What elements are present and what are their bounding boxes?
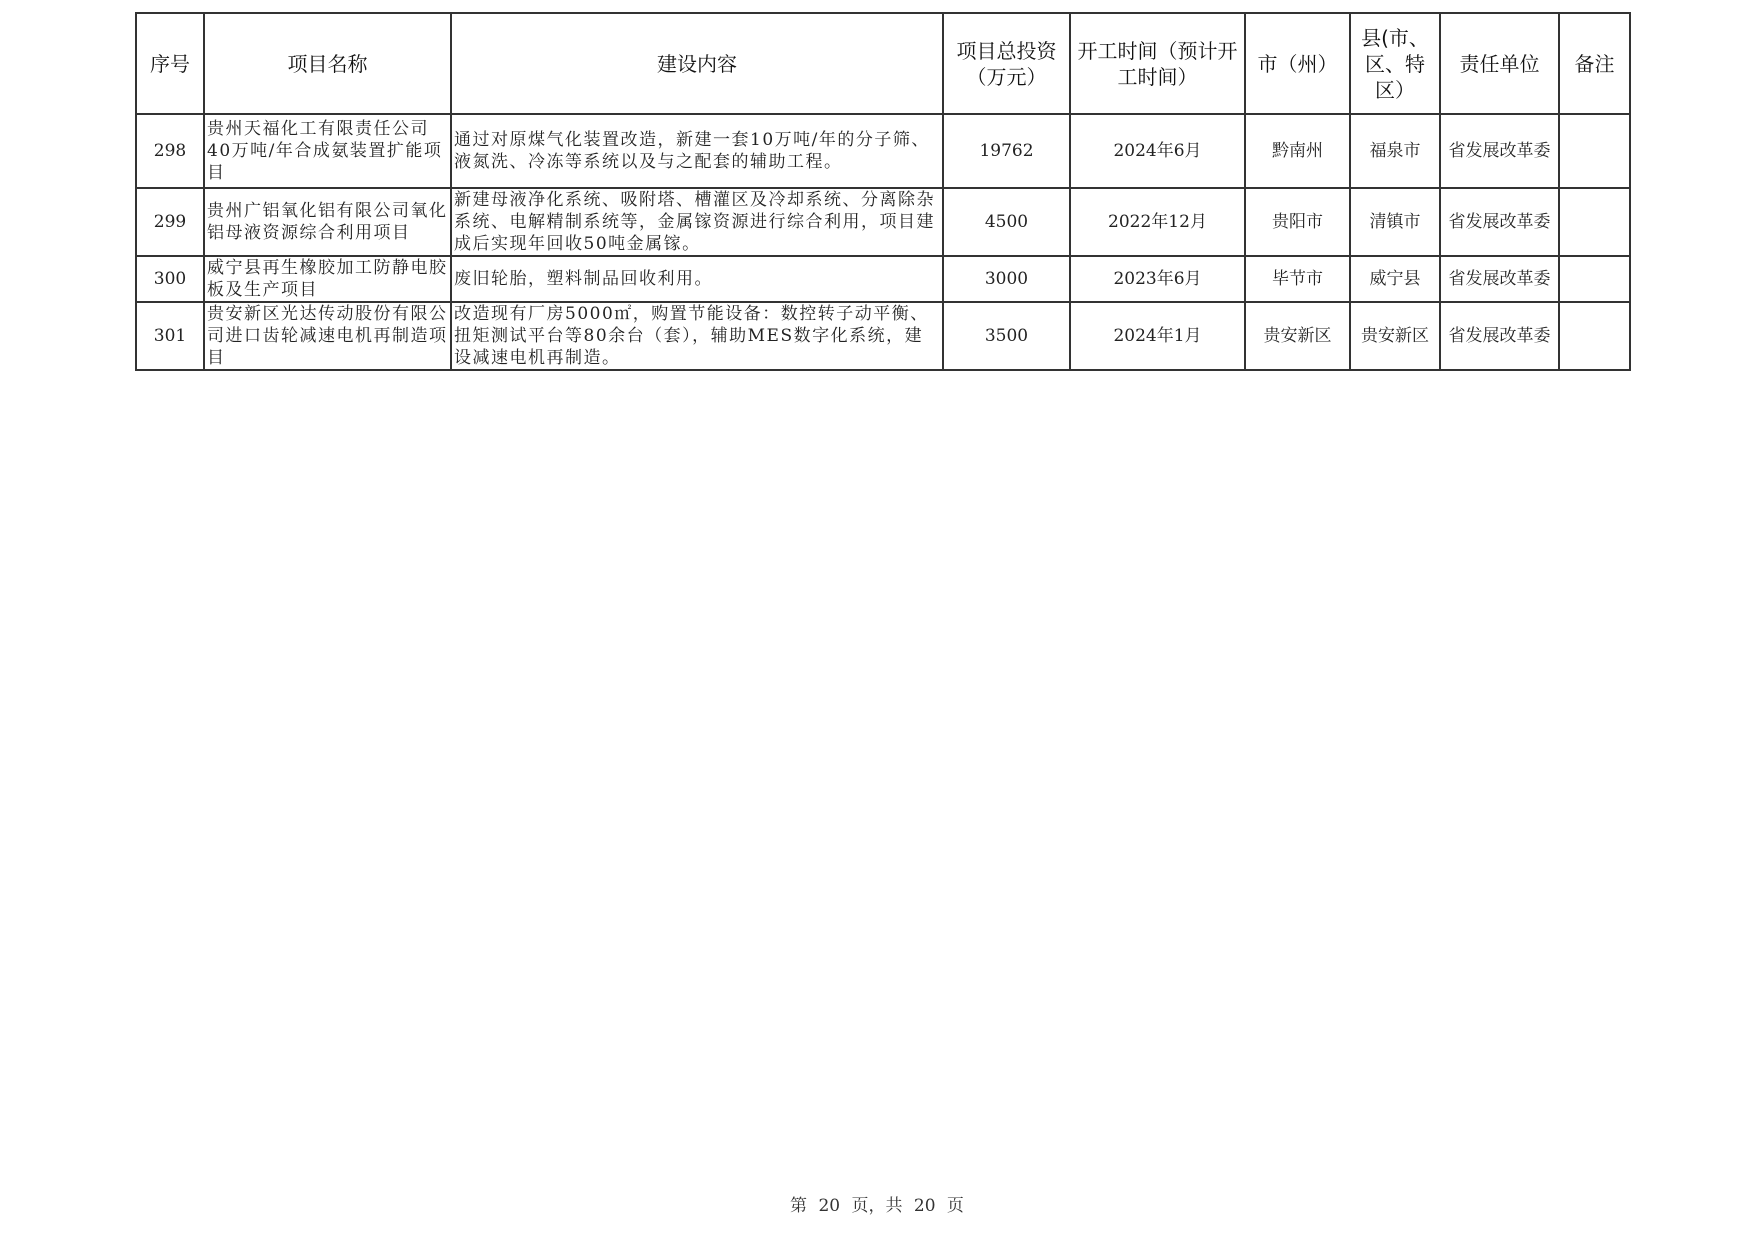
cell-index: 298 [136, 114, 204, 188]
cell-county: 福泉市 [1350, 114, 1440, 188]
cell-unit: 省发展改革委 [1440, 188, 1559, 256]
header-content: 建设内容 [451, 13, 943, 114]
header-start-time: 开工时间（预计开工时间） [1070, 13, 1245, 114]
page-number: 第 20 页，共 20 页 [0, 1191, 1754, 1216]
cell-start-time: 2022年12月 [1070, 188, 1245, 256]
cell-investment: 19762 [943, 114, 1070, 188]
header-unit: 责任单位 [1440, 13, 1559, 114]
project-table: 序号 项目名称 建设内容 项目总投资（万元） 开工时间（预计开工时间） 市（州）… [135, 12, 1631, 371]
table-row: 301 贵安新区光达传动股份有限公司进口齿轮减速电机再制造项目 改造现有厂房50… [136, 302, 1630, 370]
cell-city: 毕节市 [1245, 256, 1350, 302]
table-row: 298 贵州天福化工有限责任公司40万吨/年合成氨装置扩能项目 通过对原煤气化装… [136, 114, 1630, 188]
cell-remark [1559, 188, 1630, 256]
cell-start-time: 2023年6月 [1070, 256, 1245, 302]
cell-content: 通过对原煤气化装置改造，新建一套10万吨/年的分子筛、液氮洗、冷冻等系统以及与之… [451, 114, 943, 188]
cell-project-name: 贵安新区光达传动股份有限公司进口齿轮减速电机再制造项目 [204, 302, 451, 370]
cell-content: 新建母液净化系统、吸附塔、槽灌区及冷却系统、分离除杂系统、电解精制系统等，金属镓… [451, 188, 943, 256]
table-row: 300 威宁县再生橡胶加工防静电胶板及生产项目 废旧轮胎，塑料制品回收利用。 3… [136, 256, 1630, 302]
header-city: 市（州） [1245, 13, 1350, 114]
cell-index: 300 [136, 256, 204, 302]
cell-start-time: 2024年1月 [1070, 302, 1245, 370]
cell-county: 贵安新区 [1350, 302, 1440, 370]
cell-unit: 省发展改革委 [1440, 114, 1559, 188]
cell-county: 清镇市 [1350, 188, 1440, 256]
cell-start-time: 2024年6月 [1070, 114, 1245, 188]
cell-remark [1559, 256, 1630, 302]
cell-city: 黔南州 [1245, 114, 1350, 188]
header-remark: 备注 [1559, 13, 1630, 114]
cell-investment: 4500 [943, 188, 1070, 256]
cell-county: 威宁县 [1350, 256, 1440, 302]
cell-project-name: 贵州天福化工有限责任公司40万吨/年合成氨装置扩能项目 [204, 114, 451, 188]
cell-index: 299 [136, 188, 204, 256]
table-row: 299 贵州广铝氧化铝有限公司氧化铝母液资源综合利用项目 新建母液净化系统、吸附… [136, 188, 1630, 256]
cell-city: 贵阳市 [1245, 188, 1350, 256]
table-header-row: 序号 项目名称 建设内容 项目总投资（万元） 开工时间（预计开工时间） 市（州）… [136, 13, 1630, 114]
cell-content: 改造现有厂房5000㎡，购置节能设备：数控转子动平衡、扭矩测试平台等80余台（套… [451, 302, 943, 370]
cell-unit: 省发展改革委 [1440, 302, 1559, 370]
cell-project-name: 威宁县再生橡胶加工防静电胶板及生产项目 [204, 256, 451, 302]
cell-remark [1559, 114, 1630, 188]
cell-city: 贵安新区 [1245, 302, 1350, 370]
cell-investment: 3000 [943, 256, 1070, 302]
cell-project-name: 贵州广铝氧化铝有限公司氧化铝母液资源综合利用项目 [204, 188, 451, 256]
cell-investment: 3500 [943, 302, 1070, 370]
cell-index: 301 [136, 302, 204, 370]
cell-remark [1559, 302, 1630, 370]
cell-content: 废旧轮胎，塑料制品回收利用。 [451, 256, 943, 302]
cell-unit: 省发展改革委 [1440, 256, 1559, 302]
header-index: 序号 [136, 13, 204, 114]
header-project-name: 项目名称 [204, 13, 451, 114]
header-investment: 项目总投资（万元） [943, 13, 1070, 114]
header-county: 县(市、区、特区） [1350, 13, 1440, 114]
